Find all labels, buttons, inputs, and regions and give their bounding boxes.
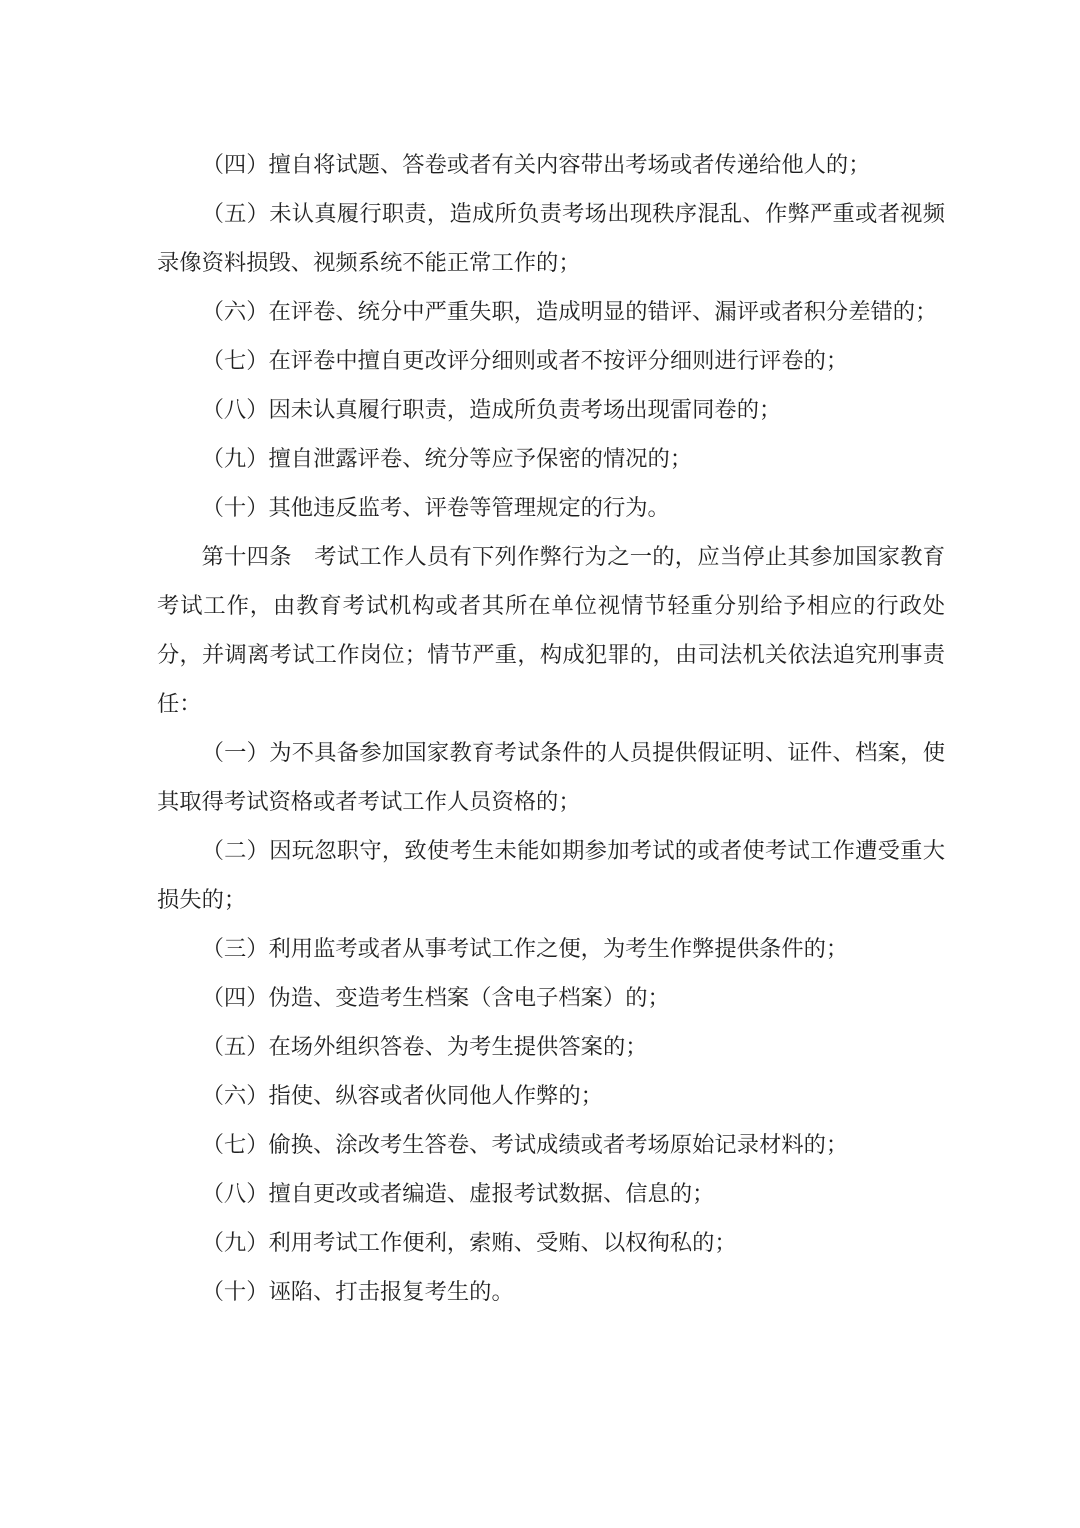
paragraph-item-10a: （十）其他违反监考、评卷等管理规定的行为。 xyxy=(157,483,945,532)
paragraph-item-3b: （三）利用监考或者从事考试工作之便，为考生作弊提供条件的； xyxy=(157,924,945,973)
paragraph-item-4b: （四）伪造、变造考生档案（含电子档案）的； xyxy=(157,973,945,1022)
paragraph-item-1b: （一）为不具备参加国家教育考试条件的人员提供假证明、证件、档案，使其取得考试资格… xyxy=(157,728,945,826)
document-body: （四）擅自将试题、答卷或者有关内容带出考场或者传递给他人的； （五）未认真履行职… xyxy=(157,140,945,1316)
paragraph-item-9b: （九）利用考试工作便利，索贿、受贿、以权徇私的； xyxy=(157,1218,945,1267)
paragraph-item-9a: （九）擅自泄露评卷、统分等应予保密的情况的； xyxy=(157,434,945,483)
paragraph-item-6b: （六）指使、纵容或者伙同他人作弊的； xyxy=(157,1071,945,1120)
paragraph-item-8b: （八）擅自更改或者编造、虚报考试数据、信息的； xyxy=(157,1169,945,1218)
paragraph-item-4a: （四）擅自将试题、答卷或者有关内容带出考场或者传递给他人的； xyxy=(157,140,945,189)
paragraph-item-7b: （七）偷换、涂改考生答卷、考试成绩或者考场原始记录材料的； xyxy=(157,1120,945,1169)
paragraph-article-14: 第十四条 考试工作人员有下列作弊行为之一的，应当停止其参加国家教育考试工作，由教… xyxy=(157,532,945,728)
paragraph-item-2b: （二）因玩忽职守，致使考生未能如期参加考试的或者使考试工作遭受重大损失的； xyxy=(157,826,945,924)
paragraph-item-8a: （八）因未认真履行职责，造成所负责考场出现雷同卷的； xyxy=(157,385,945,434)
paragraph-item-10b: （十）诬陷、打击报复考生的。 xyxy=(157,1267,945,1316)
paragraph-item-5b: （五）在场外组织答卷、为考生提供答案的； xyxy=(157,1022,945,1071)
document-page: （四）擅自将试题、答卷或者有关内容带出考场或者传递给他人的； （五）未认真履行职… xyxy=(0,0,1080,1528)
paragraph-item-5a: （五）未认真履行职责，造成所负责考场出现秩序混乱、作弊严重或者视频录像资料损毁、… xyxy=(157,189,945,287)
paragraph-item-6a: （六）在评卷、统分中严重失职，造成明显的错评、漏评或者积分差错的； xyxy=(157,287,945,336)
paragraph-item-7a: （七）在评卷中擅自更改评分细则或者不按评分细则进行评卷的； xyxy=(157,336,945,385)
